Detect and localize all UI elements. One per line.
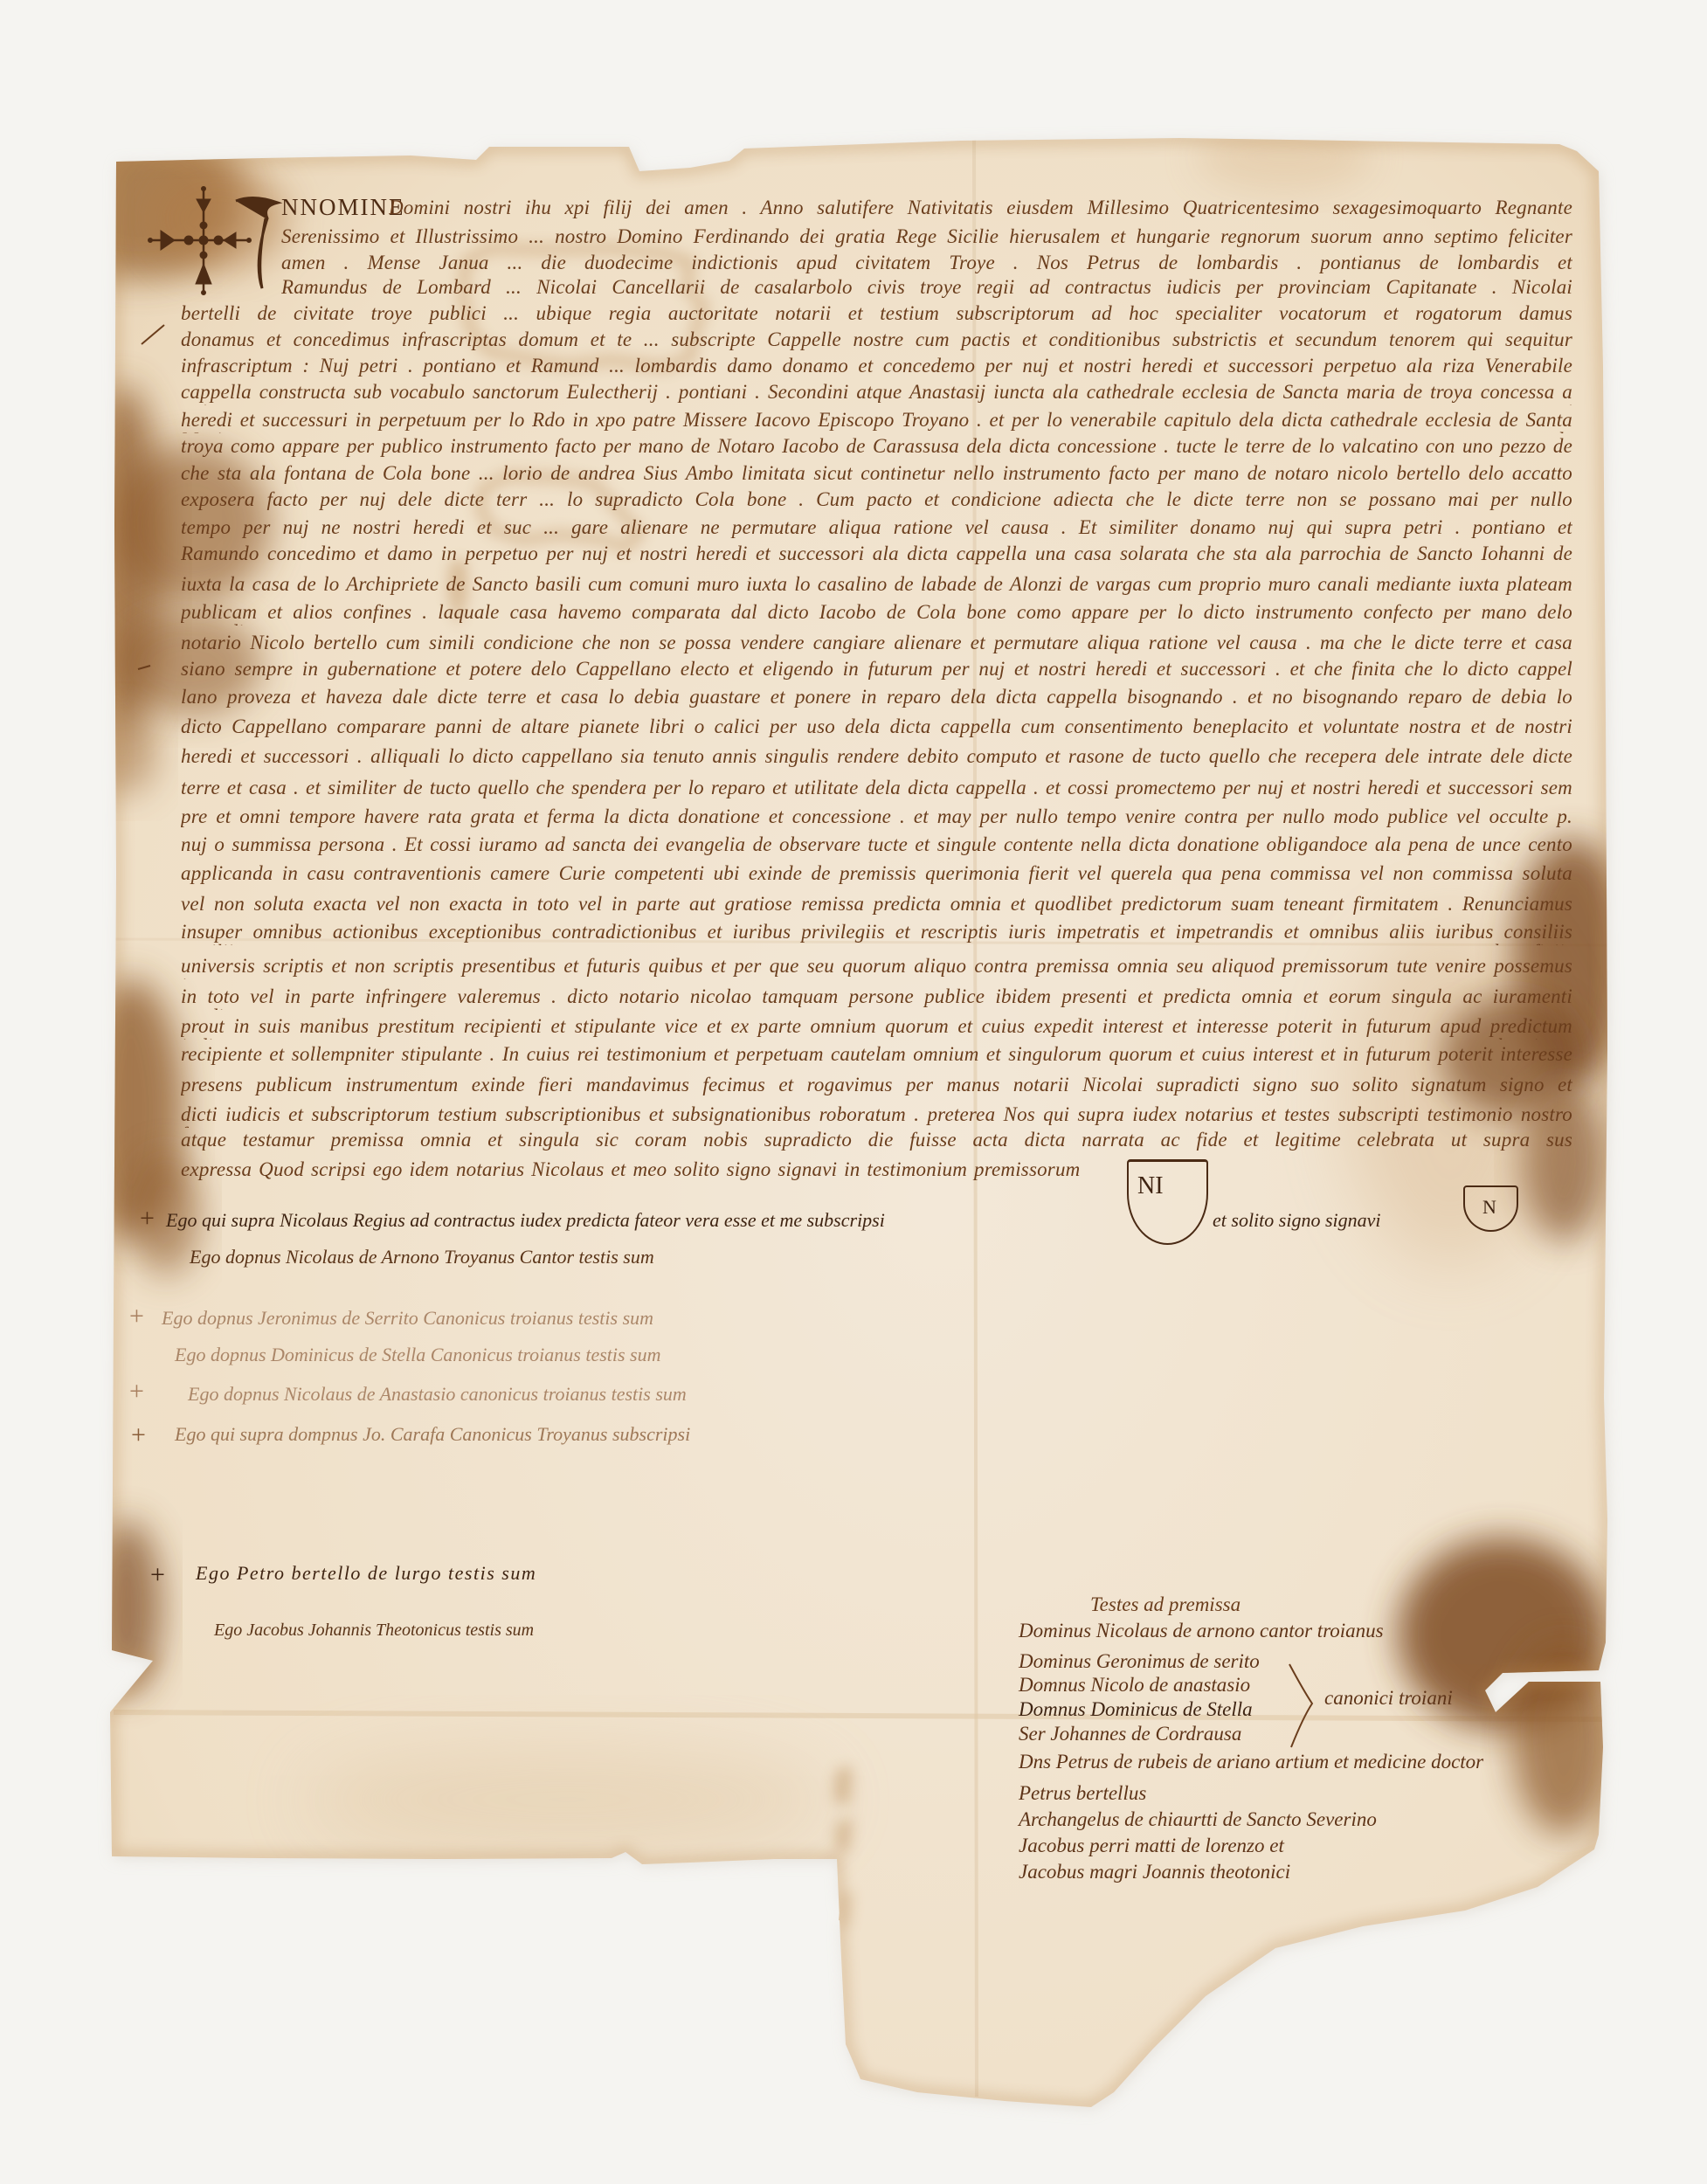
witness-subscription: Ego dopnus Nicolaus de Arnono Troyanus C… <box>190 1248 654 1267</box>
body-line-12: exposera facto per nuj dele dicte terr .… <box>181 489 1572 513</box>
body-line-25: applicanda in casu contraventionis camer… <box>181 863 1572 887</box>
body-line-19: lano proveza et haveza dale dicte terre … <box>181 687 1572 710</box>
body-line-31: recipiente et sollempniter stipulante . … <box>181 1044 1572 1068</box>
body-line-13: tempo per nuj ne nostri heredi et suc ..… <box>181 517 1572 541</box>
body-line-28: universis scriptis et non scriptis prese… <box>181 956 1572 979</box>
body-line-18: siano sempre in gubernatione et potere d… <box>181 659 1572 682</box>
body-line-11: che sta ala fontana de Cola bone ... lor… <box>181 463 1572 487</box>
witness-subscription: Ego Jacobus Johannis Theotonicus testis … <box>214 1621 534 1639</box>
witness-name: Petrus bertellus <box>1019 1783 1146 1803</box>
witness-name: Dns Petrus de rubeis de ariano artium et… <box>1019 1752 1483 1772</box>
body-line-9: heredi et successuri in perpetuum per lo… <box>181 410 1572 433</box>
body-line-17: notario Nicolo bertello cum simili condi… <box>181 632 1572 656</box>
body-line-8: cappella constructa sub vocabulo sanctor… <box>181 382 1572 405</box>
cross-mark-icon: + <box>140 1206 155 1232</box>
opening-caps: NNOMINE <box>281 196 405 219</box>
cross-mark-icon: + <box>129 1303 144 1330</box>
witness-name: Jacobus perri matti de lorenzo et <box>1019 1835 1284 1856</box>
cross-mark-icon: + <box>129 1379 144 1405</box>
witness-name: Domnus Dominicus de Stella <box>1019 1699 1253 1719</box>
body-line-33: dicti iudicis et subscriptorum testium s… <box>181 1104 1572 1128</box>
body-line-16: publicam et alios confines . laquale cas… <box>181 602 1572 625</box>
body-line-21: heredi et successori . alliquali lo dict… <box>181 746 1572 770</box>
body-line-2: Serenissimo et Illustrissimo ... nostro … <box>281 226 1572 250</box>
body-line-22: terre et casa . et similiter de tucto qu… <box>181 778 1572 801</box>
cross-mark-icon: + <box>150 1562 165 1588</box>
photograph-stage: NNOMINE Domini nostri ihu xpi filij dei … <box>0 0 1707 2184</box>
body-line-3: amen . Mense Janua ... die duodecime ind… <box>281 252 1572 276</box>
witness-bracket-label: canonici troiani <box>1324 1688 1453 1708</box>
witness-subscription: Ego dopnus Dominicus de Stella Canonicus… <box>175 1345 661 1365</box>
witness-subscription: Ego dopnus Nicolaus de Anastasio canonic… <box>188 1385 687 1404</box>
cross-mark-icon: + <box>131 1422 146 1448</box>
body-line-7: infrascriptum : Nuj petri . pontiano et … <box>181 356 1572 379</box>
body-line-26: vel non soluta exacta vel non exacta in … <box>181 894 1572 917</box>
body-line-32: presens publicum instrumentum exinde fie… <box>181 1075 1572 1098</box>
judge-signature-text: et solito signo signavi <box>1213 1211 1381 1230</box>
body-line-24: nuj o summissa persona . Et cossi iuramo… <box>181 834 1572 858</box>
witness-name: Dominus Geronimus de serito <box>1019 1651 1260 1671</box>
witness-name: Archangelus de chiaurtti de Sancto Sever… <box>1019 1809 1377 1829</box>
body-line-1: Domini nostri ihu xpi filij dei amen . A… <box>389 197 1572 221</box>
witness-name: Domnus Nicolo de anastasio <box>1019 1675 1250 1695</box>
seal-letters: NI <box>1137 1172 1164 1200</box>
witness-subscription: Ego qui supra dompnus Jo. Carafa Canonic… <box>175 1425 690 1444</box>
witness-subscription: Ego dopnus Jeronimus de Serrito Canonicu… <box>162 1309 653 1328</box>
body-line-27: insuper omnibus actionibus exceptionibus… <box>181 922 1572 945</box>
body-line-30: prout in suis manibus prestitum recipien… <box>181 1016 1572 1040</box>
small-seal-letters: N <box>1482 1196 1496 1219</box>
witness-list-heading: Testes ad premissa <box>1090 1594 1241 1614</box>
body-line-34: atque testamur premissa omnia et singula… <box>181 1130 1572 1153</box>
body-line-23: pre et omni tempore havere rata grata et… <box>181 806 1572 830</box>
body-line-6: donamus et concedimus infrascriptas domu… <box>181 329 1572 353</box>
body-line-4: Ramundus de Lombard ... Nicolai Cancella… <box>281 277 1572 301</box>
body-line-5: bertelli de civitate troye publici ... u… <box>181 303 1572 327</box>
witness-name: Dominus Nicolaus de arnono cantor troian… <box>1019 1621 1384 1641</box>
body-line-35: expressa Quod scripsi ego idem notarius … <box>181 1159 1142 1183</box>
body-line-29: in toto vel in parte infringere valeremu… <box>181 986 1572 1010</box>
witness-subscription: Ego Petro bertello de lurgo testis sum <box>196 1564 536 1583</box>
witness-name: Ser Johannes de Cordrausa <box>1019 1724 1241 1744</box>
body-line-14: Ramundo concedimo et damo in perpetuo pe… <box>181 543 1572 567</box>
witness-name: Jacobus magri Joannis theotonici <box>1019 1862 1290 1882</box>
judge-subscription-text: Ego qui supra Nicolaus Regius ad contrac… <box>166 1211 885 1230</box>
body-line-20: dicto Cappellano comparare panni de alta… <box>181 716 1572 740</box>
body-line-10: troya como appare per publico instrument… <box>181 436 1572 460</box>
body-line-15: iuxta la casa de lo Archipriete de Sanct… <box>181 574 1572 598</box>
